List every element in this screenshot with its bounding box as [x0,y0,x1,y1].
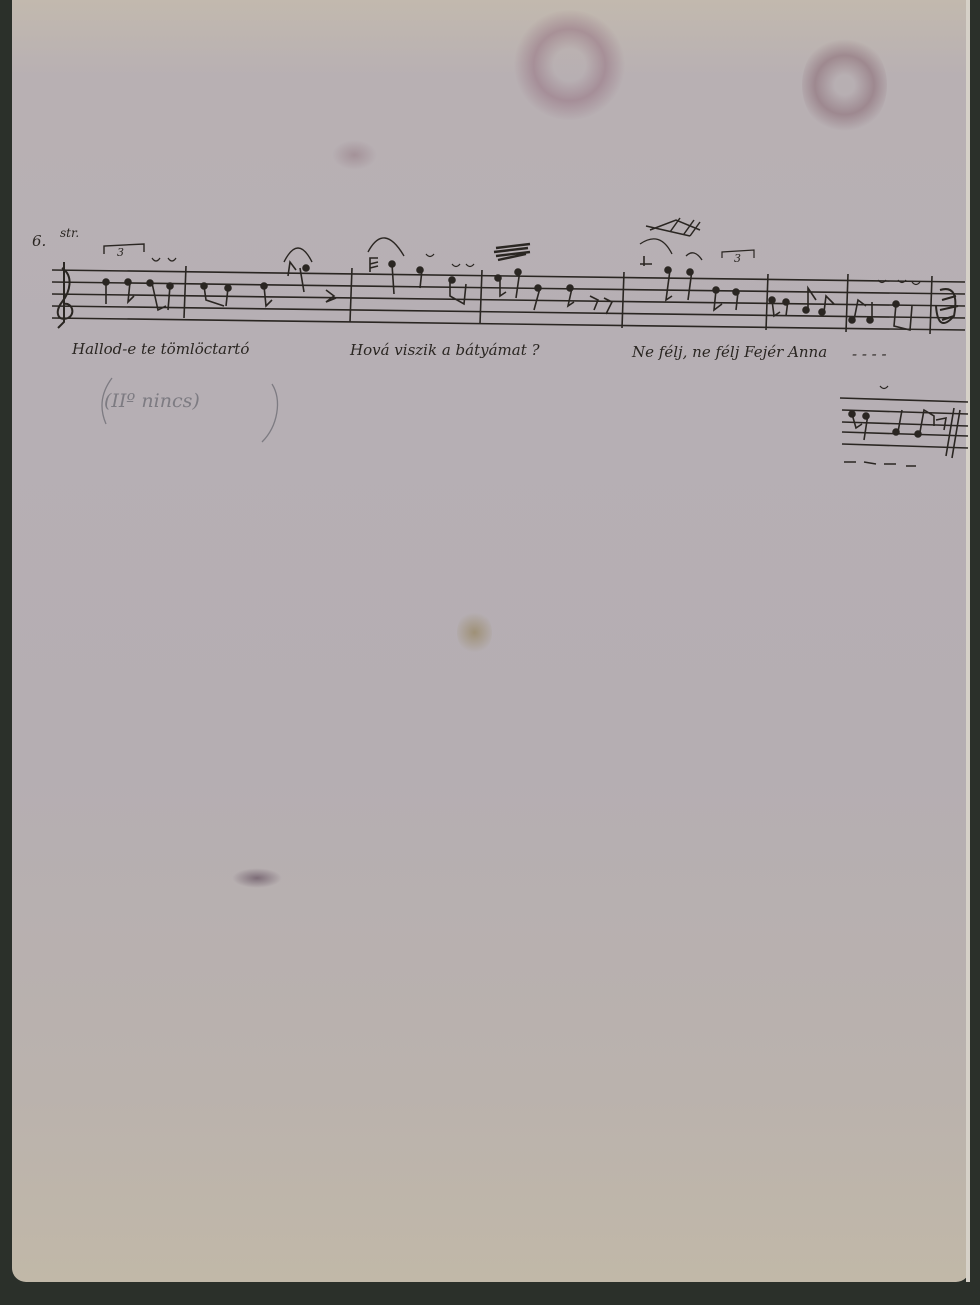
pencil-annotation: (IIº nincs) [104,390,200,412]
tuplet-number-2: 3 [734,252,741,265]
tuplet-number-1: 3 [117,246,124,259]
song-number: 6. [32,232,46,250]
lyric-line-3: Ne félj, ne félj Fejér Anna [632,343,827,361]
lyric-line-2: Hová viszik a bátyámat ? [350,341,540,359]
heading-abbrev: str. [60,226,79,240]
lyric-line-1: Hallod-e te tömlöctartó [72,340,249,358]
lyric-continuation-dashes: - - - - [852,345,887,363]
music-notation [0,0,980,1305]
